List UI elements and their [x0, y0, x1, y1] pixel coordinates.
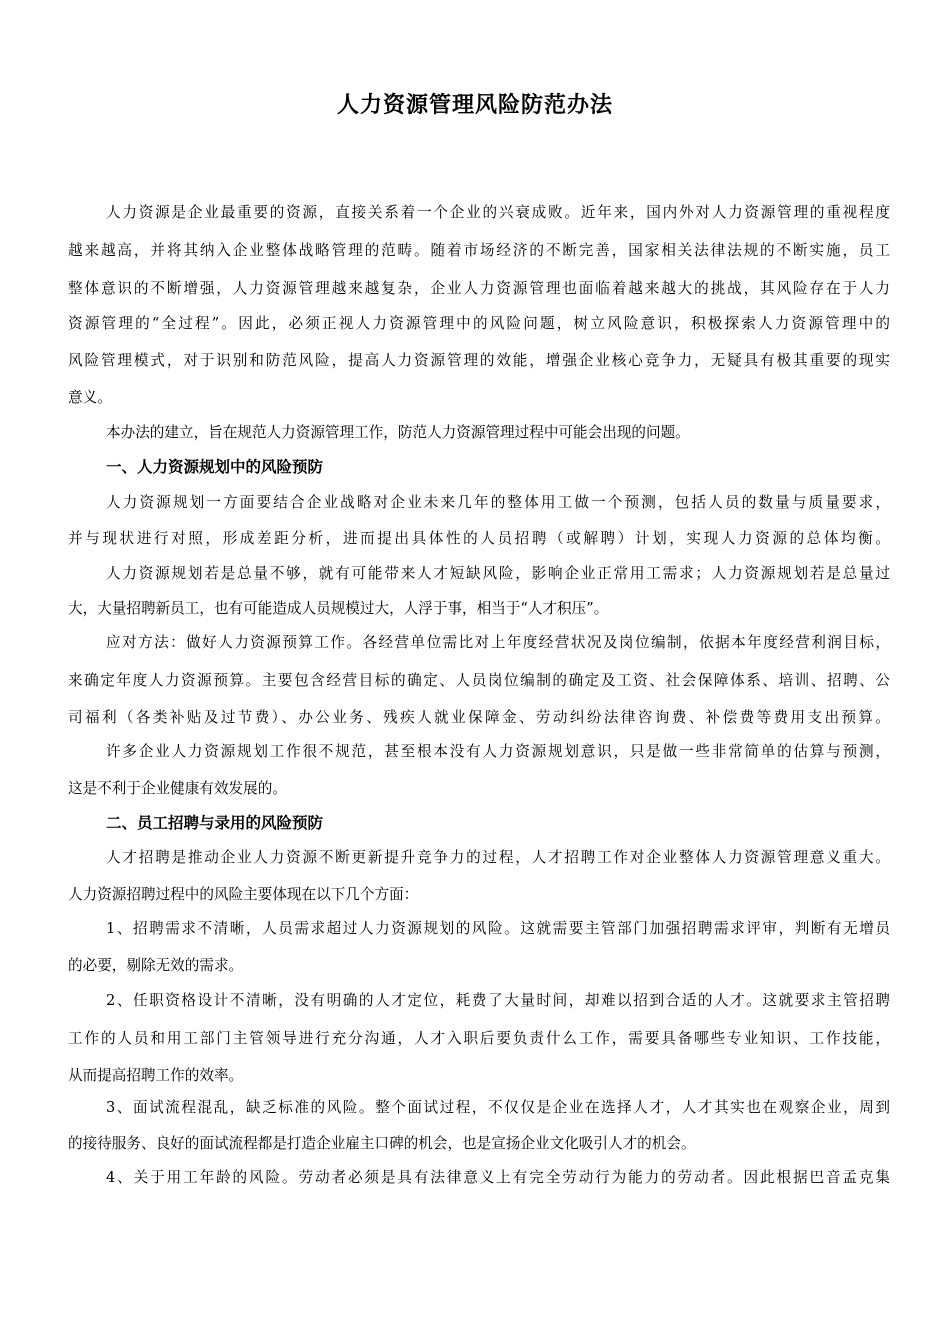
paragraph-line: 许多企业人力资源规划工作很不规范，甚至根本没有人力资源规划意识，只是做一些非常简…	[106, 742, 890, 762]
paragraph-line: 的接待服务、良好的面试流程都是打造企业雇主口碑的机会，也是宣扬企业文化吸引人才的…	[68, 1134, 890, 1154]
paragraph-line: 人力资源招聘过程中的风险主要体现在以下几个方面：	[68, 885, 890, 905]
section-heading: 二、员工招聘与录用的风险预防	[106, 813, 323, 833]
paragraph-line: 工作的人员和用工部门主管领导进行充分沟通，人才入职后要负责什么工作，需要具备哪些…	[68, 1029, 890, 1049]
paragraph-line: 资源管理的“全过程”。因此，必须正视人力资源管理中的风险问题，树立风险意识，积极…	[68, 314, 890, 334]
paragraph-line: 人才招聘是推动企业人力资源不断更新提升竞争力的过程，人才招聘工作对企业整体人力资…	[106, 848, 890, 868]
section-heading: 一、人力资源规划中的风险预防	[106, 457, 323, 477]
paragraph-line: 整体意识的不断增强，人力资源管理越来越复杂，企业人力资源管理也面临着越来越大的挑…	[68, 279, 890, 299]
paragraph-line: 2、任职资格设计不清晰，没有明确的人才定位，耗费了大量时间，却难以招到合适的人才…	[106, 991, 890, 1011]
paragraph-line: 从而提高招聘工作的效率。	[68, 1066, 890, 1086]
paragraph-line: 来确定年度人力资源预算。主要包含经营目标的确定、人员岗位编制的确定及工资、社会保…	[68, 671, 890, 691]
paragraph-line: 人力资源规划若是总量不够，就有可能带来人才短缺风险，影响企业正常用工需求；人力资…	[106, 564, 890, 584]
paragraph-line: 本办法的建立，旨在规范人力资源管理工作，防范人力资源管理过程中可能会出现的问题。	[106, 423, 890, 443]
document-page: 人力资源管理风险防范办法 人力资源是企业最重要的资源，直接关系着一个企业的兴衰成…	[0, 0, 950, 1344]
paragraph-line: 风险管理模式，对于识别和防范风险，提高人力资源管理的效能，增强企业核心竞争力，无…	[68, 351, 890, 371]
paragraph-line: 的必要，剔除无效的需求。	[68, 956, 890, 976]
paragraph-line: 1、招聘需求不清晰，人员需求超过人力资源规划的风险。这就需要主管部门加强招聘需求…	[106, 919, 890, 939]
paragraph-line: 这是不利于企业健康有效发展的。	[68, 779, 890, 799]
paragraph-line: 人力资源是企业最重要的资源，直接关系着一个企业的兴衰成败。近年来，国内外对人力资…	[106, 203, 890, 223]
paragraph-line: 意义。	[68, 388, 890, 408]
paragraph-line: 越来越高，并将其纳入企业整体战略管理的范畴。随着市场经济的不断完善，国家相关法律…	[68, 241, 890, 261]
document-title: 人力资源管理风险防范办法	[0, 88, 950, 119]
paragraph-line: 3、面试流程混乱，缺乏标准的风险。整个面试过程，不仅仅是企业在选择人才，人才其实…	[106, 1098, 890, 1118]
paragraph-line: 大，大量招聘新员工，也有可能造成人员规模过大，人浮于事，相当于“人才积压”。	[68, 599, 890, 619]
paragraph-line: 人力资源规划一方面要结合企业战略对企业未来几年的整体用工做一个预测，包括人员的数…	[106, 493, 890, 513]
paragraph-line: 4、关于用工年龄的风险。劳动者必须是具有法律意义上有完全劳动行为能力的劳动者。因…	[106, 1168, 890, 1188]
paragraph-line: 并与现状进行对照，形成差距分析，进而提出具体性的人员招聘（或解聘）计划，实现人力…	[68, 529, 890, 549]
paragraph-line: 司福利（各类补贴及过节费）、办公业务、残疾人就业保障金、劳动纠纷法律咨询费、补偿…	[68, 708, 890, 728]
paragraph-line: 应对方法：做好人力资源预算工作。各经营单位需比对上年度经营状况及岗位编制，依据本…	[106, 633, 890, 653]
